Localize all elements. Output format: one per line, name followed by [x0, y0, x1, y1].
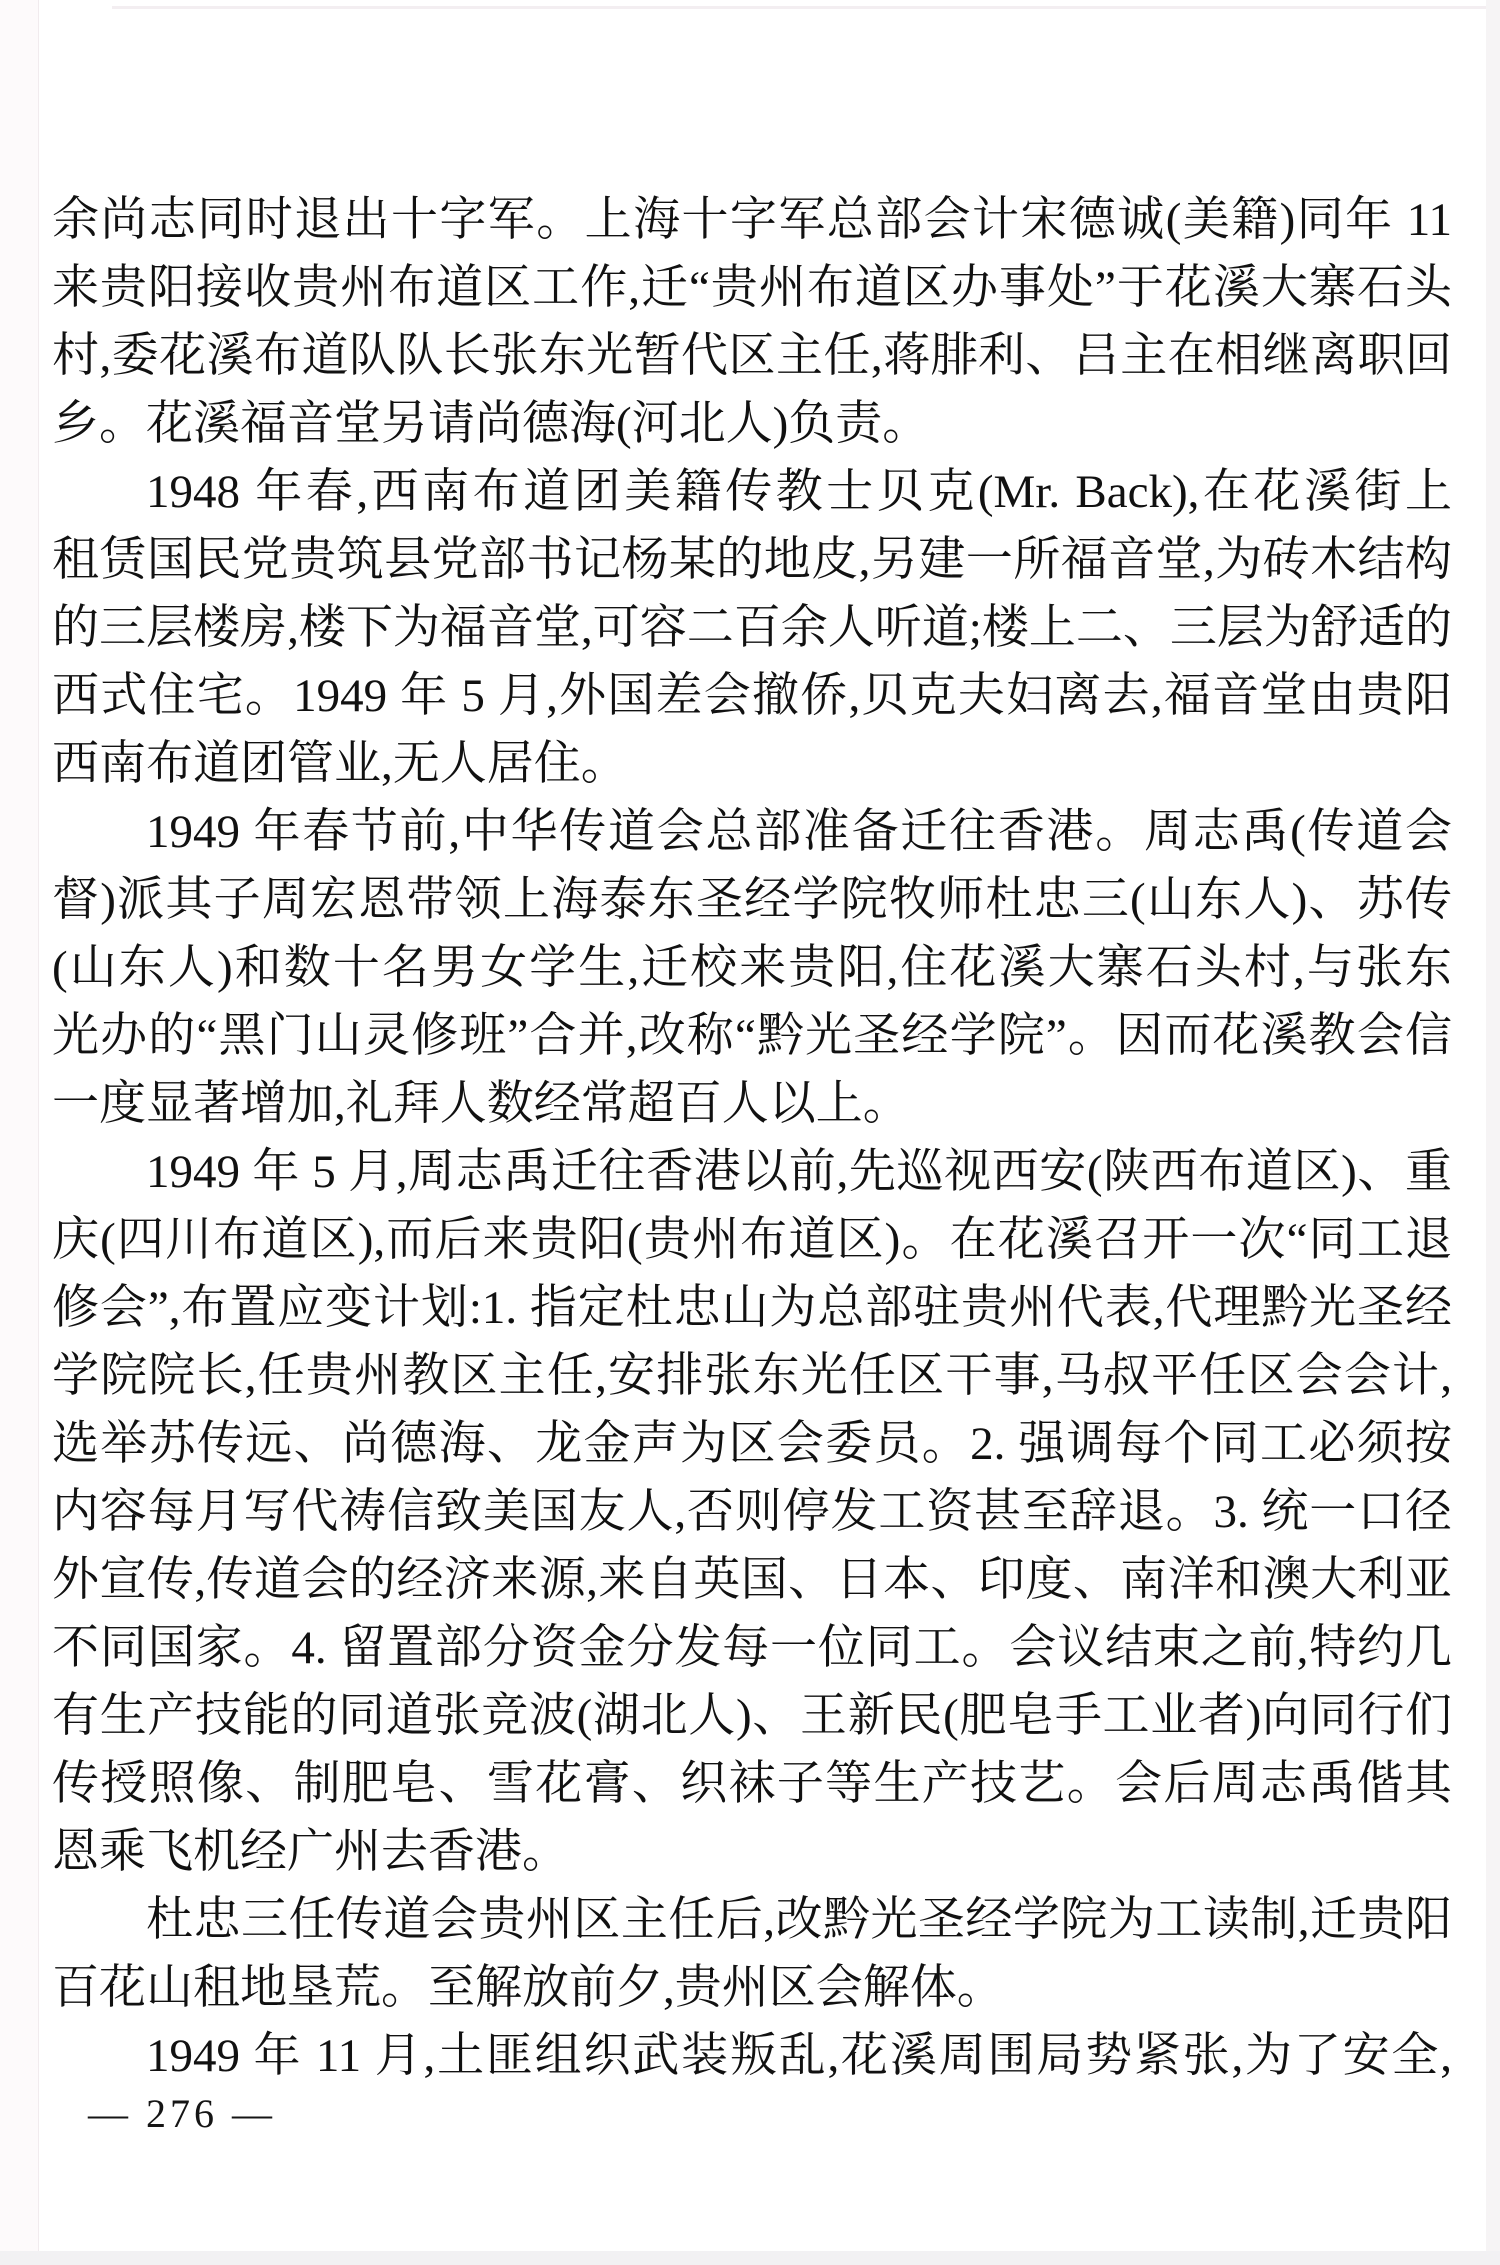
text-line: 杜忠三任传道会贵州区主任后,改黔光圣经学院为工读制,迁贵阳	[52, 1886, 1452, 1954]
scan-edge-right	[1486, 0, 1500, 2265]
text-line: 内容每月写代祷信致美国友人,否则停发工资甚至辞退。3. 统一口径对	[52, 1478, 1452, 1546]
page-number: — 276 —	[88, 2090, 276, 2138]
text-line: 1948 年春,西南布道团美籍传教士贝克(Mr. Back),在花溪街上	[52, 458, 1452, 526]
text-line: 修会”,布置应变计划:1. 指定杜忠山为总部驻贵州代表,代理黔光圣经	[52, 1274, 1452, 1342]
text-line: 西式住宅。1949 年 5 月,外国差会撤侨,贝克夫妇离去,福音堂由贵阳	[52, 662, 1452, 730]
text-line: 外宣传,传道会的经济来源,来自英国、日本、印度、南洋和澳大利亚等	[52, 1546, 1452, 1614]
text-line: 的三层楼房,楼下为福音堂,可容二百余人听道;楼上二、三层为舒适的	[52, 594, 1452, 662]
text-line: 督)派其子周宏恩带领上海泰东圣经学院牧师杜忠三(山东人)、苏传远	[52, 866, 1452, 934]
book-page: 余尚志同时退出十字军。上海十字军总部会计宋德诚(美籍)同年 11 月 来贵阳接收…	[0, 0, 1500, 2265]
text-line: (山东人)和数十名男女学生,迁校来贵阳,住花溪大寨石头村,与张东	[52, 934, 1452, 1002]
text-line: 有生产技能的同道张竞波(湖北人)、王新民(肥皂手工业者)向同行们	[52, 1682, 1452, 1750]
text-line: 余尚志同时退出十字军。上海十字军总部会计宋德诚(美籍)同年 11 月	[52, 186, 1452, 254]
text-line: 一度显著增加,礼拜人数经常超百人以上。	[52, 1070, 1452, 1138]
text-line: 乡。花溪福音堂另请尚德海(河北人)负责。	[52, 390, 1452, 458]
scan-edge-left	[0, 0, 39, 2265]
scan-edge-bottom	[0, 2251, 1500, 2265]
text-line: 1949 年 11 月,土匪组织武装叛乱,花溪周围局势紧张,为了安全,	[52, 2022, 1452, 2090]
text-line: 光办的“黑门山灵修班”合并,改称“黔光圣经学院”。因而花溪教会信徒	[52, 1002, 1452, 1070]
text-line: 租赁国民党贵筑县党部书记杨某的地皮,另建一所福音堂,为砖木结构	[52, 526, 1452, 594]
text-line: 庆(四川布道区),而后来贵阳(贵州布道区)。在花溪召开一次“同工退	[52, 1206, 1452, 1274]
text-line: 西南布道团管业,无人居住。	[52, 730, 1452, 798]
text-line: 村,委花溪布道队队长张东光暂代区主任,蒋腓利、吕主在相继离职回	[52, 322, 1452, 390]
text-line: 百花山租地垦荒。至解放前夕,贵州区会解体。	[52, 1954, 1452, 2022]
text-line: 1949 年春节前,中华传道会总部准备迁往香港。周志禹(传道会监	[52, 798, 1452, 866]
text-line: 恩乘飞机经广州去香港。	[52, 1818, 1452, 1886]
text-line: 1949 年 5 月,周志禹迁往香港以前,先巡视西安(陕西布道区)、重	[52, 1138, 1452, 1206]
text-line: 不同国家。4. 留置部分资金分发每一位同工。会议结束之前,特约几位	[52, 1614, 1452, 1682]
body-text: 余尚志同时退出十字军。上海十字军总部会计宋德诚(美籍)同年 11 月 来贵阳接收…	[52, 186, 1452, 2090]
text-line: 选举苏传远、尚德海、龙金声为区会委员。2. 强调每个同工必须按规定	[52, 1410, 1452, 1478]
text-line: 传授照像、制肥皂、雪花膏、织袜子等生产技艺。会后周志禹偕其子周宏	[52, 1750, 1452, 1818]
text-line: 学院院长,任贵州教区主任,安排张东光任区干事,马叔平任区会会计,	[52, 1342, 1452, 1410]
scan-edge-top	[112, 6, 1500, 9]
text-line: 来贵阳接收贵州布道区工作,迁“贵州布道区办事处”于花溪大寨石头	[52, 254, 1452, 322]
